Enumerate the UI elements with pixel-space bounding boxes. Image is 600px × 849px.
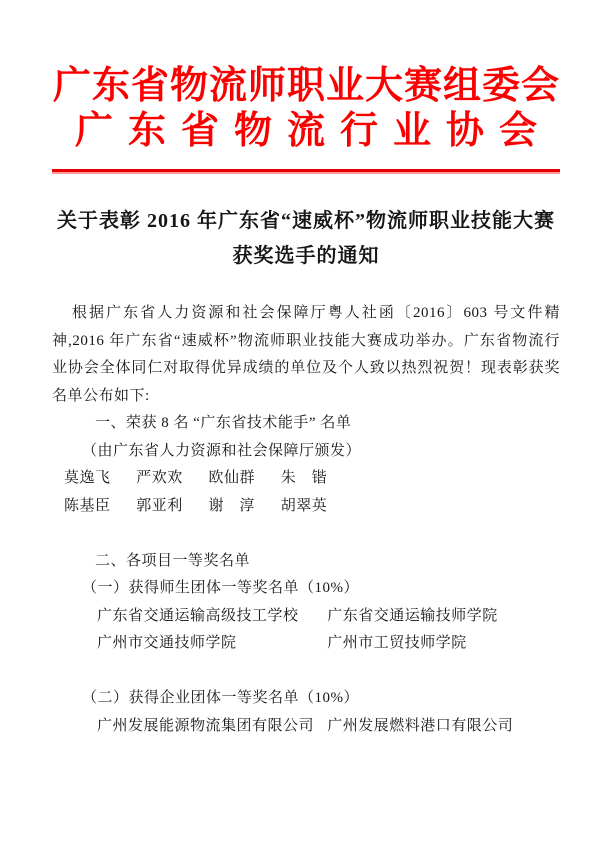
letterhead-org-line-2: 广东省物流行业协会 [52,109,560,154]
winner-name-row: 陈基臣 郭亚利 谢 淳 胡翠英 [52,493,560,521]
letterhead-rule-thin-line [52,172,560,174]
intro-paragraph: 根据广东省人力资源和社会保障厅粤人社函〔2016〕603 号文件精 神,2016… [52,300,560,410]
winner-name: 郭亚利 [136,493,204,521]
document-page: 广东省物流师职业大赛组委会 广东省物流行业协会 关于表彰 2016 年广东省“速… [0,0,600,849]
org-row: 广州发展能源物流集团有限公司 广州发展燃料港口有限公司 [52,713,560,741]
winner-name: 胡翠英 [281,493,328,521]
subsection-2-label: （二）获得企业团体一等奖名单（10%） [52,685,560,713]
org-name: 广东省交通运输技师学院 [327,608,498,624]
subsection-1-label: （一）获得师生团体一等奖名单（10%） [52,575,560,603]
winner-name: 莫逸飞 [64,465,132,493]
letterhead: 广东省物流师职业大赛组委会 广东省物流行业协会 [52,64,560,154]
org-name: 广州发展能源物流集团有限公司 [97,713,323,741]
letterhead-org-line-1: 广东省物流师职业大赛组委会 [52,64,560,109]
winner-name: 谢 淳 [209,493,277,521]
document-title-line-2: 获奖选手的通知 [52,239,560,274]
winner-name: 欧仙群 [209,465,277,493]
org-row: 广州市交通技师学院 广州市工贸技师学院 [52,630,560,658]
winner-name: 朱 锴 [281,465,328,493]
org-name: 广州市工贸技师学院 [327,635,467,651]
winner-name: 严欢欢 [136,465,204,493]
org-name: 广州发展燃料港口有限公司 [327,718,513,734]
section-2-heading: 二、各项目一等奖名单 [52,548,560,576]
winner-name-row: 莫逸飞 严欢欢 欧仙群 朱 锴 [52,465,560,493]
letterhead-rule [52,169,560,174]
org-row: 广东省交通运输高级技工学校 广东省交通运输技师学院 [52,603,560,631]
org-name: 广东省交通运输高级技工学校 [97,603,323,631]
section-1-heading: 一、荣获 8 名 “广东省技术能手” 名单 [52,410,560,438]
paragraph-line: 业协会全体同仁对取得优异成绩的单位及个人致以热烈祝贺！现表彰获奖 [52,355,560,383]
winner-name: 陈基臣 [64,493,132,521]
document-title-line-1: 关于表彰 2016 年广东省“速威杯”物流师职业技能大赛 [52,204,560,239]
document-title: 关于表彰 2016 年广东省“速威杯”物流师职业技能大赛 获奖选手的通知 [52,204,560,274]
paragraph-line: 名单公布如下: [52,383,560,411]
org-name: 广州市交通技师学院 [97,630,323,658]
paragraph-line: 根据广东省人力资源和社会保障厅粤人社函〔2016〕603 号文件精 [52,300,560,328]
section-1-note: （由广东省人力资源和社会保障厅颁发） [52,438,560,466]
paragraph-line: 神,2016 年广东省“速威杯”物流师职业技能大赛成功举办。广东省物流行 [52,328,560,356]
